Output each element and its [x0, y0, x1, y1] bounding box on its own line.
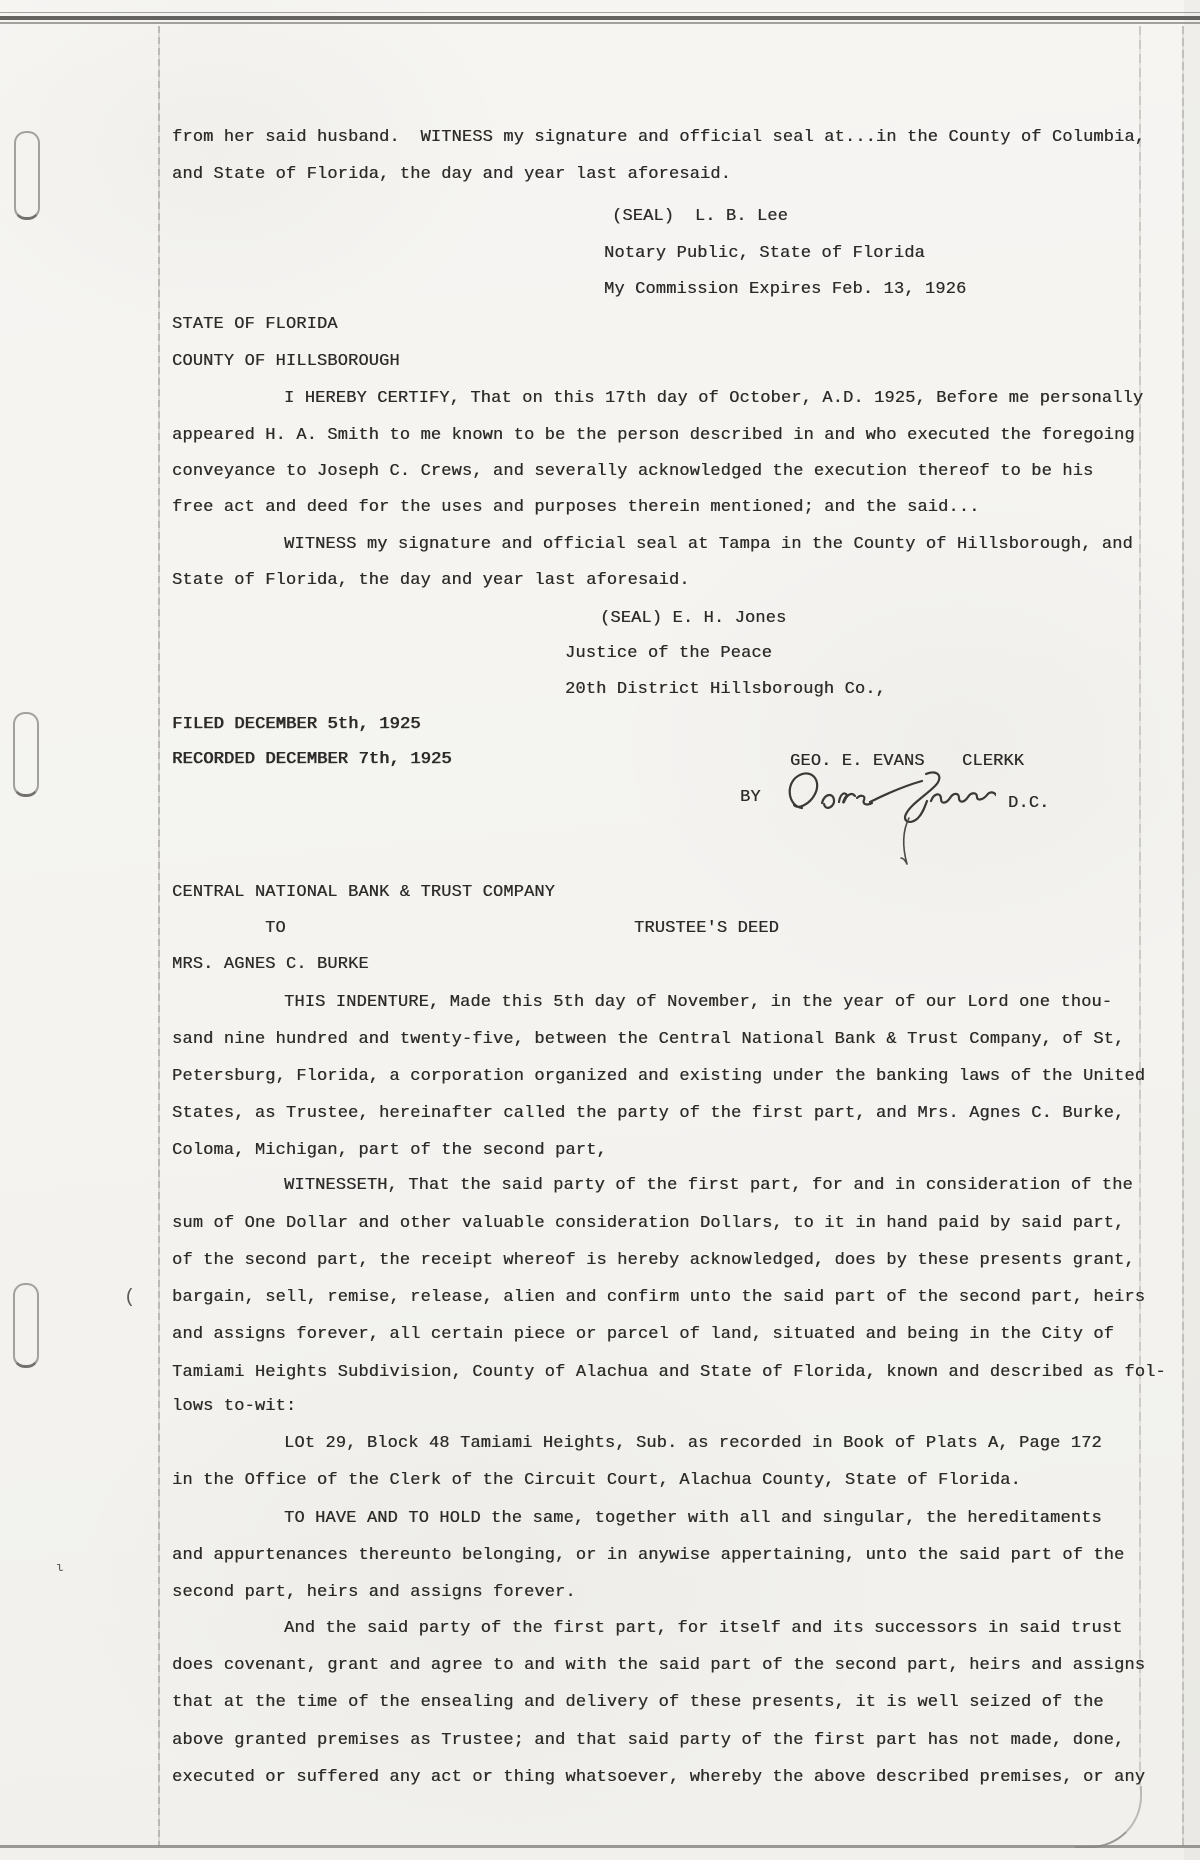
- text-line: I HEREBY CERTIFY, That on this 17th day …: [284, 389, 1143, 409]
- text-line: conveyance to Joseph C. Crews, and sever…: [172, 462, 1093, 482]
- rounded-corner-rule: [1075, 1786, 1142, 1848]
- instrument-title: TRUSTEE'S DEED: [634, 919, 779, 939]
- right-edge-shadow: [1184, 0, 1200, 1860]
- deed-body-line: of the second part, the receipt whereof …: [172, 1251, 1135, 1271]
- deed-body-line: bargain, sell, remise, release, alien an…: [172, 1288, 1145, 1308]
- deed-body-line: lows to-wit:: [172, 1397, 296, 1417]
- by-label: BY: [740, 788, 761, 808]
- grantee-caption: MRS. AGNES C. BURKE: [172, 955, 369, 975]
- deed-body-line: above granted premises as Trustee; and t…: [172, 1731, 1124, 1751]
- recorded-stamp-line: RECORDED DECEMBER 7th, 1925: [172, 750, 452, 770]
- text-line: State of Florida, the day and year last …: [172, 571, 690, 591]
- deed-body-line: and assigns forever, all certain piece o…: [172, 1325, 1114, 1345]
- filed-stamp-line: FILED DECEMBER 5th, 1925: [172, 715, 420, 735]
- seal-notation: (SEAL) E. H. Jones: [600, 609, 786, 629]
- deed-body-line: LOt 29, Block 48 Tamiami Heights, Sub. a…: [284, 1434, 1102, 1454]
- punch-hole-bottom: [13, 1283, 39, 1368]
- bottom-edge-rule: [0, 1845, 1200, 1848]
- top-edge-line: [0, 22, 1200, 24]
- text-line: from her said husband. WITNESS my signat…: [172, 128, 1145, 148]
- deed-body-line: WITNESSETH, That the said party of the f…: [284, 1176, 1133, 1196]
- deed-body-line: Tamiami Heights Subdivision, County of A…: [172, 1363, 1166, 1383]
- pen-mark: [898, 816, 914, 868]
- deed-body-line: executed or suffered any act or thing wh…: [172, 1768, 1145, 1788]
- deed-body-line: States, as Trustee, hereinafter called t…: [172, 1104, 1124, 1124]
- district-line: 20th District Hillsborough Co.,: [565, 680, 886, 700]
- officer-title-line: Justice of the Peace: [565, 644, 772, 664]
- punch-hole-top: [14, 131, 40, 220]
- deputy-clerk-title: D.C.: [1008, 794, 1049, 814]
- seal-notation: (SEAL) L. B. Lee: [612, 207, 788, 227]
- commission-expiry-line: My Commission Expires Feb. 13, 1926: [604, 280, 966, 300]
- notary-title-line: Notary Public, State of Florida: [604, 244, 925, 264]
- deed-body-line: And the said party of the first part, fo…: [284, 1619, 1122, 1639]
- left-margin-rule: [158, 26, 160, 1846]
- text-line: WITNESS my signature and official seal a…: [284, 535, 1133, 555]
- to-label: TO: [265, 919, 286, 939]
- scanned-deed-record-page: { "document": { "acknowledgment_columbia…: [0, 0, 1200, 1860]
- margin-stray-mark: (: [124, 1286, 135, 1308]
- deputy-clerk-signature: [778, 760, 996, 832]
- county-caption: COUNTY OF HILLSBOROUGH: [172, 352, 400, 372]
- deed-body-line: TO HAVE AND TO HOLD the same, together w…: [284, 1509, 1102, 1529]
- deed-body-line: that at the time of the ensealing and de…: [172, 1693, 1104, 1713]
- text-line: free act and deed for the uses and purpo…: [172, 498, 979, 518]
- text-line: and State of Florida, the day and year l…: [172, 165, 731, 185]
- deed-body-line: and appurtenances thereunto belonging, o…: [172, 1546, 1124, 1566]
- deed-body-line: does covenant, grant and agree to and wi…: [172, 1656, 1145, 1676]
- punch-hole-middle: [13, 712, 39, 797]
- deed-body-line: Coloma, Michigan, part of the second par…: [172, 1141, 607, 1161]
- paper-texture: [0, 0, 1200, 1860]
- margin-stray-mark: ι: [56, 1560, 64, 1575]
- grantor-caption: CENTRAL NATIONAL BANK & TRUST COMPANY: [172, 883, 555, 903]
- deed-body-line: second part, heirs and assigns forever.: [172, 1583, 576, 1603]
- deed-body-line: sand nine hundred and twenty-five, betwe…: [172, 1030, 1124, 1050]
- deed-body-line: Petersburg, Florida, a corporation organ…: [172, 1067, 1145, 1087]
- top-edge-band: [0, 10, 1200, 26]
- right-margin-rule: [1139, 26, 1141, 1790]
- text-line: appeared H. A. Smith to me known to be t…: [172, 426, 1135, 446]
- top-edge-line: [0, 16, 1200, 20]
- deed-body-line: in the Office of the Clerk of the Circui…: [172, 1471, 1021, 1491]
- deed-body-line: sum of One Dollar and other valuable con…: [172, 1214, 1124, 1234]
- deed-body-line: THIS INDENTURE, Made this 5th day of Nov…: [284, 993, 1112, 1013]
- top-edge-line: [0, 12, 1200, 13]
- state-caption: STATE OF FLORIDA: [172, 315, 338, 335]
